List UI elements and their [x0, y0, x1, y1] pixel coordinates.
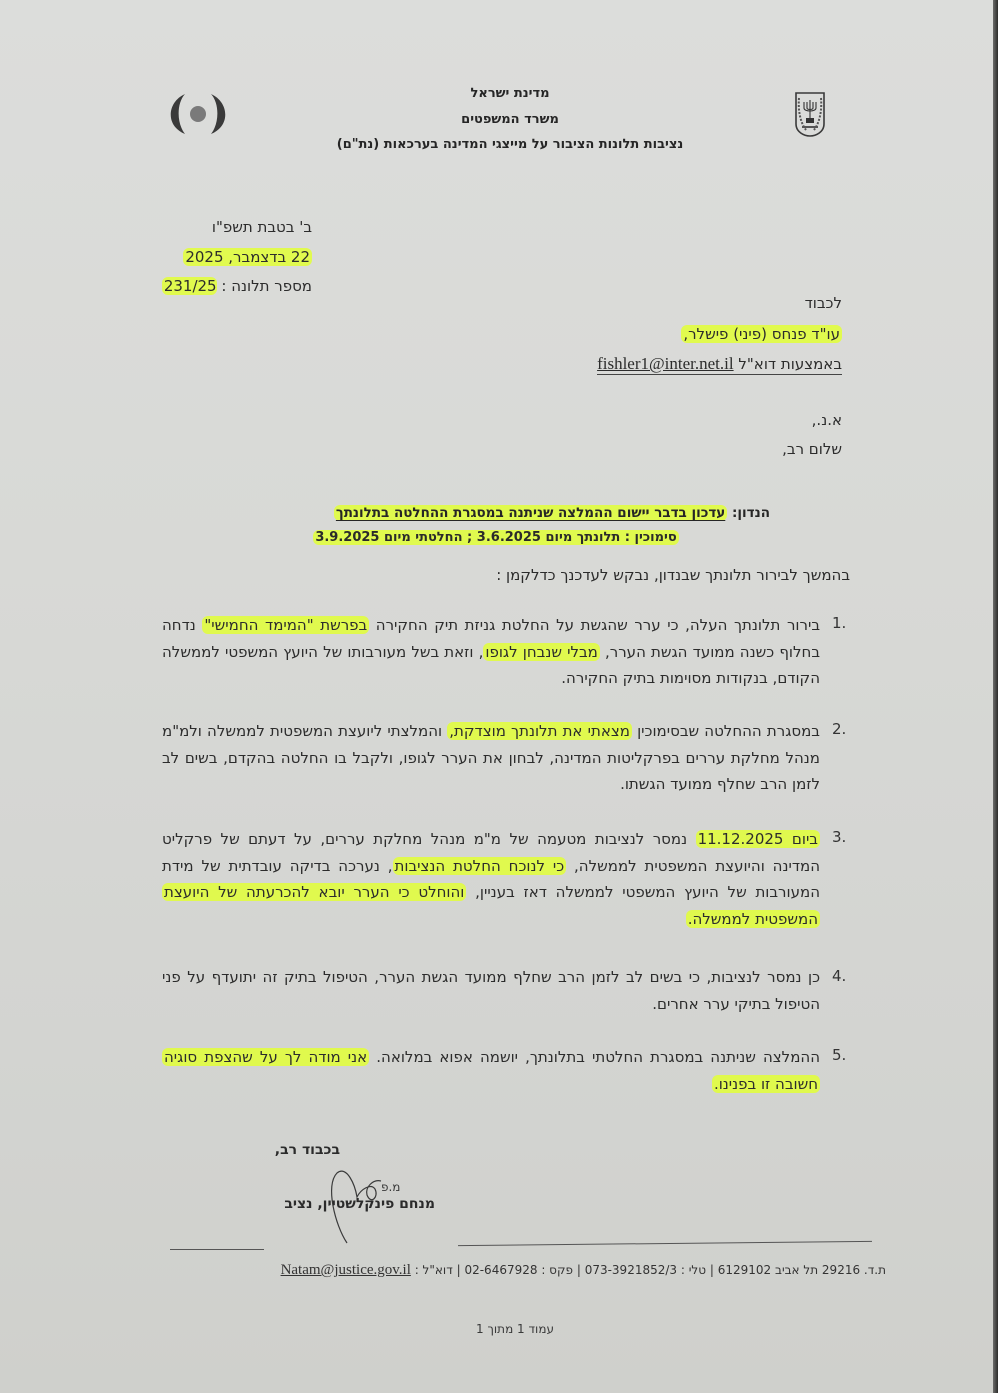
- signature-initials: מ.פ: [381, 1180, 400, 1194]
- highlighted-text: בפרשת "המימד החמישי": [202, 616, 369, 634]
- highlighted-text: ביום 11.12.2025: [696, 830, 820, 848]
- recipient-name: עו"ד פנחס (פיני) פישלר,: [681, 325, 842, 343]
- item-number: 5.: [832, 1046, 862, 1064]
- item-paragraph-4: כן נמסר לנציבות, כי בשים לב לזמן הרב שחל…: [162, 964, 820, 1017]
- initials-salutation: א.נ.,: [812, 411, 842, 429]
- eye-logo-icon: [163, 92, 233, 136]
- complaint-number: 231/25: [162, 277, 217, 295]
- paragraph-text: בירור תלונתך העלה, כי ערר שהגשת על החלטת…: [369, 616, 820, 634]
- greeting: שלום רב,: [782, 440, 842, 458]
- via-email-label: באמצעות דוא"ל: [738, 355, 842, 373]
- reference-text: סימוכין : תלונתך מיום 3.6.2025 ; החלטתי …: [313, 530, 678, 545]
- page-edge-shadow: [993, 0, 998, 1393]
- to-label: לכבוד: [805, 294, 842, 312]
- complaint-number-line: מספר תלונה : 231/25: [162, 277, 312, 295]
- complaint-number-label: מספר תלונה :: [221, 277, 312, 295]
- item-number: 1.: [832, 614, 862, 632]
- closing-salutation: בכבוד רב,: [260, 1142, 340, 1158]
- header-commission-name: נציבות תלונות הציבור על מייצגי המדינה בע…: [300, 137, 720, 152]
- recipient-email-link[interactable]: fishler1@inter.net.il: [597, 354, 734, 373]
- subject-label: הנדון:: [732, 505, 770, 521]
- recipient-email-line: באמצעות דוא"ל fishler1@inter.net.il: [597, 354, 842, 375]
- footer-divider-right: [458, 1241, 872, 1246]
- signatory-name-title: מנחם פינקלשטיין, נציב: [230, 1196, 435, 1212]
- intro-paragraph: בהמשך לבירור תלונתך שבנדון, נבקש לעדכנך …: [496, 566, 850, 584]
- footer-divider-left: [170, 1249, 264, 1250]
- footer-fax-label: פקס :: [541, 1263, 573, 1277]
- subject-line: הנדון: עדכון בדבר יישום ההמלצה שניתנה במ…: [230, 505, 770, 521]
- item-paragraph-2: במסגרת ההחלטה שבסימוכין מצאתי את תלונתך …: [162, 718, 820, 798]
- footer-fax: 02-6467928: [464, 1263, 537, 1277]
- highlighted-text: מבלי שנבחן לגופו: [483, 643, 599, 661]
- state-emblem-menorah-icon: [794, 90, 826, 138]
- paragraph-text: כן נמסר לנציבות, כי בשים לב לזמן הרב שחל…: [162, 968, 820, 1013]
- gregorian-date-text: 22 בדצמבר, 2025: [183, 248, 312, 266]
- footer-phone: 073-3921852/3: [585, 1263, 677, 1277]
- header-state-name: מדינת ישראל: [300, 86, 720, 101]
- footer-email-label: דוא"ל :: [415, 1263, 453, 1277]
- item-number: 4.: [832, 967, 862, 985]
- item-paragraph-3: ביום 11.12.2025 נמסר לנציבות מטעמה של מ"…: [162, 826, 820, 932]
- contact-footer: ת.ד. 29216 תל אביב 6129102 | טלי : 073-3…: [170, 1262, 886, 1279]
- recipient-name-line: עו"ד פנחס (פיני) פישלר,: [681, 325, 842, 343]
- header-ministry-name: משרד המשפטים: [300, 112, 720, 127]
- item-paragraph-1: בירור תלונתך העלה, כי ערר שהגשת על החלטת…: [162, 612, 820, 692]
- hebrew-date: ב' בטבת תשפ"ו: [212, 218, 312, 236]
- highlighted-text: מצאתי את תלונתך מוצדקת,: [447, 722, 632, 740]
- paragraph-text: ההמלצה שניתנה במסגרת החלטתי בתלונתך, יוש…: [369, 1048, 820, 1066]
- footer-email-link[interactable]: Natam@justice.gov.il: [281, 1262, 411, 1278]
- reference-line: סימוכין : תלונתך מיום 3.6.2025 ; החלטתי …: [300, 530, 692, 545]
- item-paragraph-5: ההמלצה שניתנה במסגרת החלטתי בתלונתך, יוש…: [162, 1044, 820, 1097]
- item-number: 2.: [832, 720, 862, 738]
- footer-phone-label: טלי :: [681, 1263, 706, 1277]
- footer-address: ת.ד. 29216 תל אביב 6129102: [718, 1263, 886, 1277]
- page-number: עמוד 1 מתוך 1: [440, 1322, 590, 1336]
- highlighted-text: כי לנוכח החלטת הנציבות: [393, 857, 567, 875]
- subject-text: עדכון בדבר יישום ההמלצה שניתנה במסגרת הה…: [334, 505, 727, 521]
- gregorian-date: 22 בדצמבר, 2025: [183, 248, 312, 266]
- item-number: 3.: [832, 828, 862, 846]
- paragraph-text: במסגרת ההחלטה שבסימוכין: [632, 722, 820, 740]
